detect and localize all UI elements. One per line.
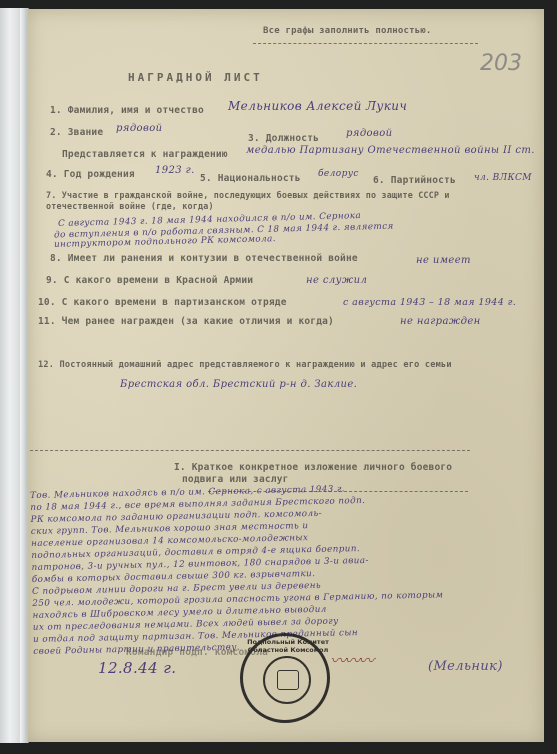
field-value-red-army: не служил [306,275,367,286]
section-heading-line2: подвига или заслуг [182,474,289,485]
field-label-wounds: 8. Имеет ли ранения и контузии в отечест… [50,253,358,264]
field-value-party: чл. ВЛКСМ [474,173,532,183]
field-value-wounds: не имеет [416,255,471,266]
header-rule [253,43,478,44]
field-label-party: 6. Партийность [373,175,456,186]
field-value-birth-year: 1923 г. [155,165,195,176]
section-rule-top [30,450,470,451]
field-label-partisan: 10. С какого времени в партизанском отря… [38,297,287,308]
field-label-birth-year: 4. Год рождения [46,169,135,180]
official-stamp: Подпольный Комитет Областной Комсомол [240,633,330,723]
field-value-rank: рядовой [116,123,162,134]
page-title: НАГРАДНОЙ ЛИСТ [128,71,263,84]
field-label-previous-awards: 11. Чем ранее награжден (за какие отличи… [38,316,334,327]
binder-edge [20,8,26,743]
field-value-previous-awards: не награжден [400,316,481,327]
field-value-nationality: белорус [318,169,359,179]
field-value-partisan: с августа 1943 – 18 мая 1944 г. [343,297,516,308]
archive-number: 203 [480,51,522,76]
stamp-inner-ring [263,656,311,704]
field-label-address: 12. Постоянный домашний адрес представля… [38,359,498,371]
field-label-name: 1. Фамилия, имя и отчество [50,105,204,116]
field-value-presented: медалью Партизану Отечественной войны II… [246,145,535,156]
section-heading-line1: I. Краткое конкретное изложение личного … [174,462,452,473]
field-label-participation: 7. Участие в гражданской войне, последую… [46,190,486,212]
komsomol-badge-icon [277,670,299,690]
field-label-position: 3. Должность [248,133,319,144]
stamp-text: Подпольный Комитет Областной Комсомол [243,638,333,654]
field-value-address: Брестская обл. Брестский р-н д. Заклие. [120,379,357,390]
field-label-red-army: 9. С какого времени в Красной Армии [46,275,253,286]
field-label-rank: 2. Звание [50,127,103,138]
field-label-nationality: 5. Национальность [200,173,301,184]
field-value-position: рядовой [346,128,392,139]
field-label-presented: Представляется к награждению [62,149,228,160]
header-note: Все графы заполнить полностью. [263,26,432,36]
signature-date: 12.8.44 г. [98,659,176,677]
signature-name: (Мельник) [428,659,503,674]
signature-red-ink: 〰〰〰 [330,648,372,671]
field-value-name: Мельников Алексей Лукич [228,99,407,113]
